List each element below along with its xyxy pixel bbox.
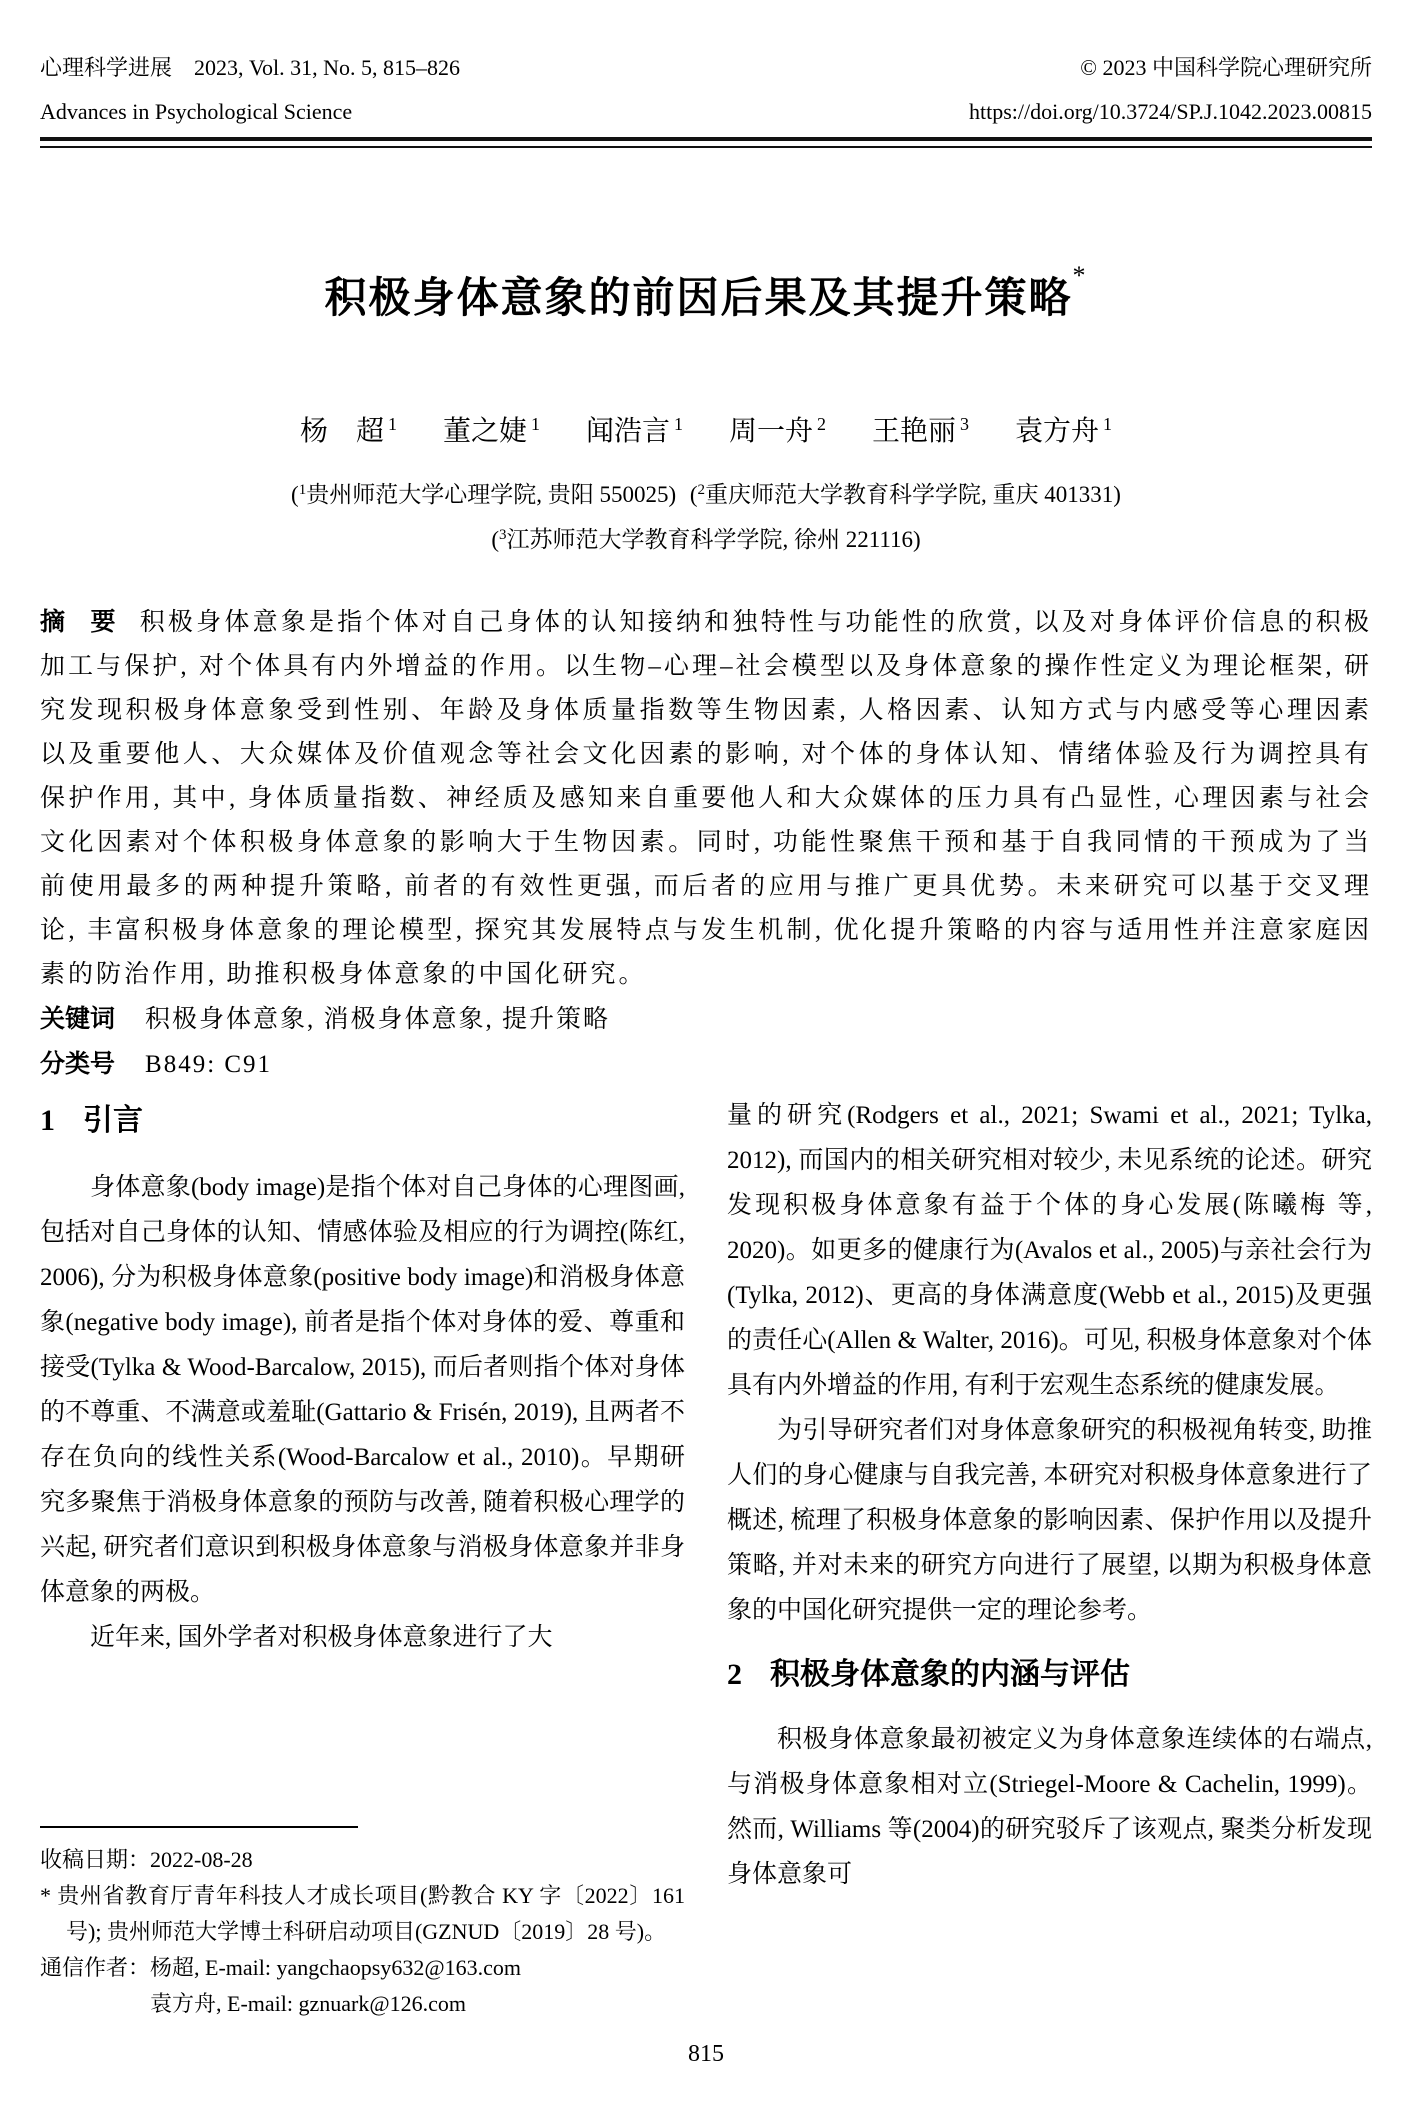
right-column: 量的研究(Rodgers et al., 2021; Swami et al.,…: [727, 1093, 1372, 2030]
page-number: 815: [0, 2041, 1412, 2068]
keywords-text: 积极身体意象, 消极身体意象, 提升策略: [145, 1006, 610, 1033]
affiliation-line: (1贵州师范大学心理学院, 贵阳 550025) (2重庆师范大学教育科学学院,…: [40, 470, 1372, 515]
journal-name-en: Advances in Psychological Science: [40, 90, 460, 134]
classification-label: 分类号: [40, 1050, 115, 1078]
paragraph-intro-2-start: 近年来, 国外学者对积极身体意象进行了大: [40, 1615, 685, 1660]
affiliation: (2重庆师范大学教育科学学院, 重庆 401331): [690, 482, 1121, 507]
keywords-label: 关键词: [40, 1005, 115, 1033]
paper-title: 积极身体意象的前因后果及其提升策略*: [40, 260, 1372, 325]
section-title: 积极身体意象的内涵与评估: [770, 1658, 1130, 1691]
doi-link[interactable]: https://doi.org/10.3724/SP.J.1042.2023.0…: [969, 90, 1372, 134]
section-heading-1: 1引言: [40, 1103, 685, 1139]
funding-marker: *: [40, 1883, 51, 1908]
section-title: 引言: [83, 1104, 143, 1137]
corresponding-label: 通信作者：: [40, 1955, 150, 1980]
body-columns: 1引言 身体意象(body image)是指个体对自己身体的心理图画, 包括对自…: [40, 1093, 1372, 2030]
author-affiliation-sup: 3: [960, 414, 969, 434]
abstract-block: 摘 要积极身体意象是指个体对自己身体的认知接纳和独特性与功能性的欣赏, 以及对身…: [40, 600, 1372, 997]
funding-text: 贵州省教育厅青年科技人才成长项目(黔教合 KY 字〔2022〕161 号); 贵…: [57, 1883, 685, 1944]
copyright-notice: © 2023 中国科学院心理研究所: [969, 46, 1372, 90]
abstract-label: 摘 要: [40, 608, 116, 636]
funding-note: * 贵州省教育厅青年科技人才成长项目(黔教合 KY 字〔2022〕161 号);…: [40, 1878, 685, 1950]
paper-page: 心理科学进展 2023, Vol. 31, No. 5, 815–826 Adv…: [0, 0, 1412, 2118]
received-date-label: 收稿日期：: [40, 1847, 150, 1872]
author: 王艳丽3: [872, 413, 969, 450]
section-number: 2: [727, 1658, 742, 1691]
section-heading-2: 2积极身体意象的内涵与评估: [727, 1657, 1372, 1693]
journal-citation-cn: 心理科学进展 2023, Vol. 31, No. 5, 815–826: [40, 46, 460, 90]
corresponding-author-line-2: 袁方舟, E-mail: gznuark@126.com: [150, 1986, 685, 2022]
classification-text: B849: C91: [145, 1051, 272, 1078]
author-name: 董之婕: [443, 416, 527, 447]
footnote-rule: [40, 1826, 358, 1828]
corresponding-author-line-1: 通信作者：杨超, E-mail: yangchaopsy632@163.com: [40, 1950, 685, 1986]
author-affiliation-sup: 1: [674, 414, 683, 434]
author: 杨 超1: [300, 413, 397, 450]
left-column: 1引言 身体意象(body image)是指个体对自己身体的心理图画, 包括对自…: [40, 1093, 685, 2030]
author-name: 周一舟: [729, 416, 813, 447]
author-name: 杨 超: [300, 416, 384, 447]
author: 袁方舟1: [1015, 413, 1112, 450]
author-affiliation-sup: 1: [531, 414, 540, 434]
received-date-value: 2022-08-28: [150, 1847, 253, 1872]
affiliation: (1贵州师范大学心理学院, 贵阳 550025): [291, 482, 676, 507]
paper-title-text: 积极身体意象的前因后果及其提升策略: [324, 274, 1072, 321]
paragraph-section2-1: 积极身体意象最初被定义为身体意象连续体的右端点, 与消极身体意象相对立(Stri…: [727, 1717, 1372, 1897]
author: 董之婕1: [443, 413, 540, 450]
header-double-rule: [40, 137, 1372, 148]
keywords-row: 关键词积极身体意象, 消极身体意象, 提升策略: [40, 997, 1372, 1042]
author: 周一舟2: [729, 413, 826, 450]
author-list: 杨 超1 董之婕1 闻浩言1 周一舟2 王艳丽3 袁方舟1: [40, 413, 1372, 450]
author-name: 闻浩言: [586, 416, 670, 447]
author-affiliation-sup: 1: [1103, 414, 1112, 434]
paragraph-intro-1: 身体意象(body image)是指个体对自己身体的心理图画, 包括对自己身体的…: [40, 1165, 685, 1615]
corresponding-email-1[interactable]: 杨超, E-mail: yangchaopsy632@163.com: [150, 1955, 521, 1980]
paragraph-intro-2-continued: 量的研究(Rodgers et al., 2021; Swami et al.,…: [727, 1093, 1372, 1408]
classification-row: 分类号B849: C91: [40, 1042, 1372, 1087]
received-date-line: 收稿日期：2022-08-28: [40, 1842, 685, 1878]
author: 闻浩言1: [586, 413, 683, 450]
corresponding-email-2[interactable]: 袁方舟, E-mail: gznuark@126.com: [150, 1991, 466, 2016]
affiliation-block: (1贵州师范大学心理学院, 贵阳 550025) (2重庆师范大学教育科学学院,…: [40, 470, 1372, 560]
paragraph-intro-3: 为引导研究者们对身体意象研究的积极视角转变, 助推人们的身心健康与自我完善, 本…: [727, 1408, 1372, 1633]
footnote-block: 收稿日期：2022-08-28 * 贵州省教育厅青年科技人才成长项目(黔教合 K…: [40, 1826, 685, 2030]
author-name: 袁方舟: [1015, 416, 1099, 447]
author-affiliation-sup: 2: [817, 414, 826, 434]
author-affiliation-sup: 1: [388, 414, 397, 434]
section-number: 1: [40, 1104, 55, 1137]
affiliation-line: (3江苏师范大学教育科学学院, 徐州 221116): [40, 515, 1372, 560]
author-name: 王艳丽: [872, 416, 956, 447]
affiliation: (3江苏师范大学教育科学学院, 徐州 221116): [491, 527, 920, 552]
journal-header: 心理科学进展 2023, Vol. 31, No. 5, 815–826 Adv…: [40, 46, 1372, 134]
title-footnote-asterisk: *: [1073, 261, 1088, 290]
abstract-text: 积极身体意象是指个体对自己身体的认知接纳和独特性与功能性的欣赏, 以及对身体评价…: [40, 609, 1372, 988]
